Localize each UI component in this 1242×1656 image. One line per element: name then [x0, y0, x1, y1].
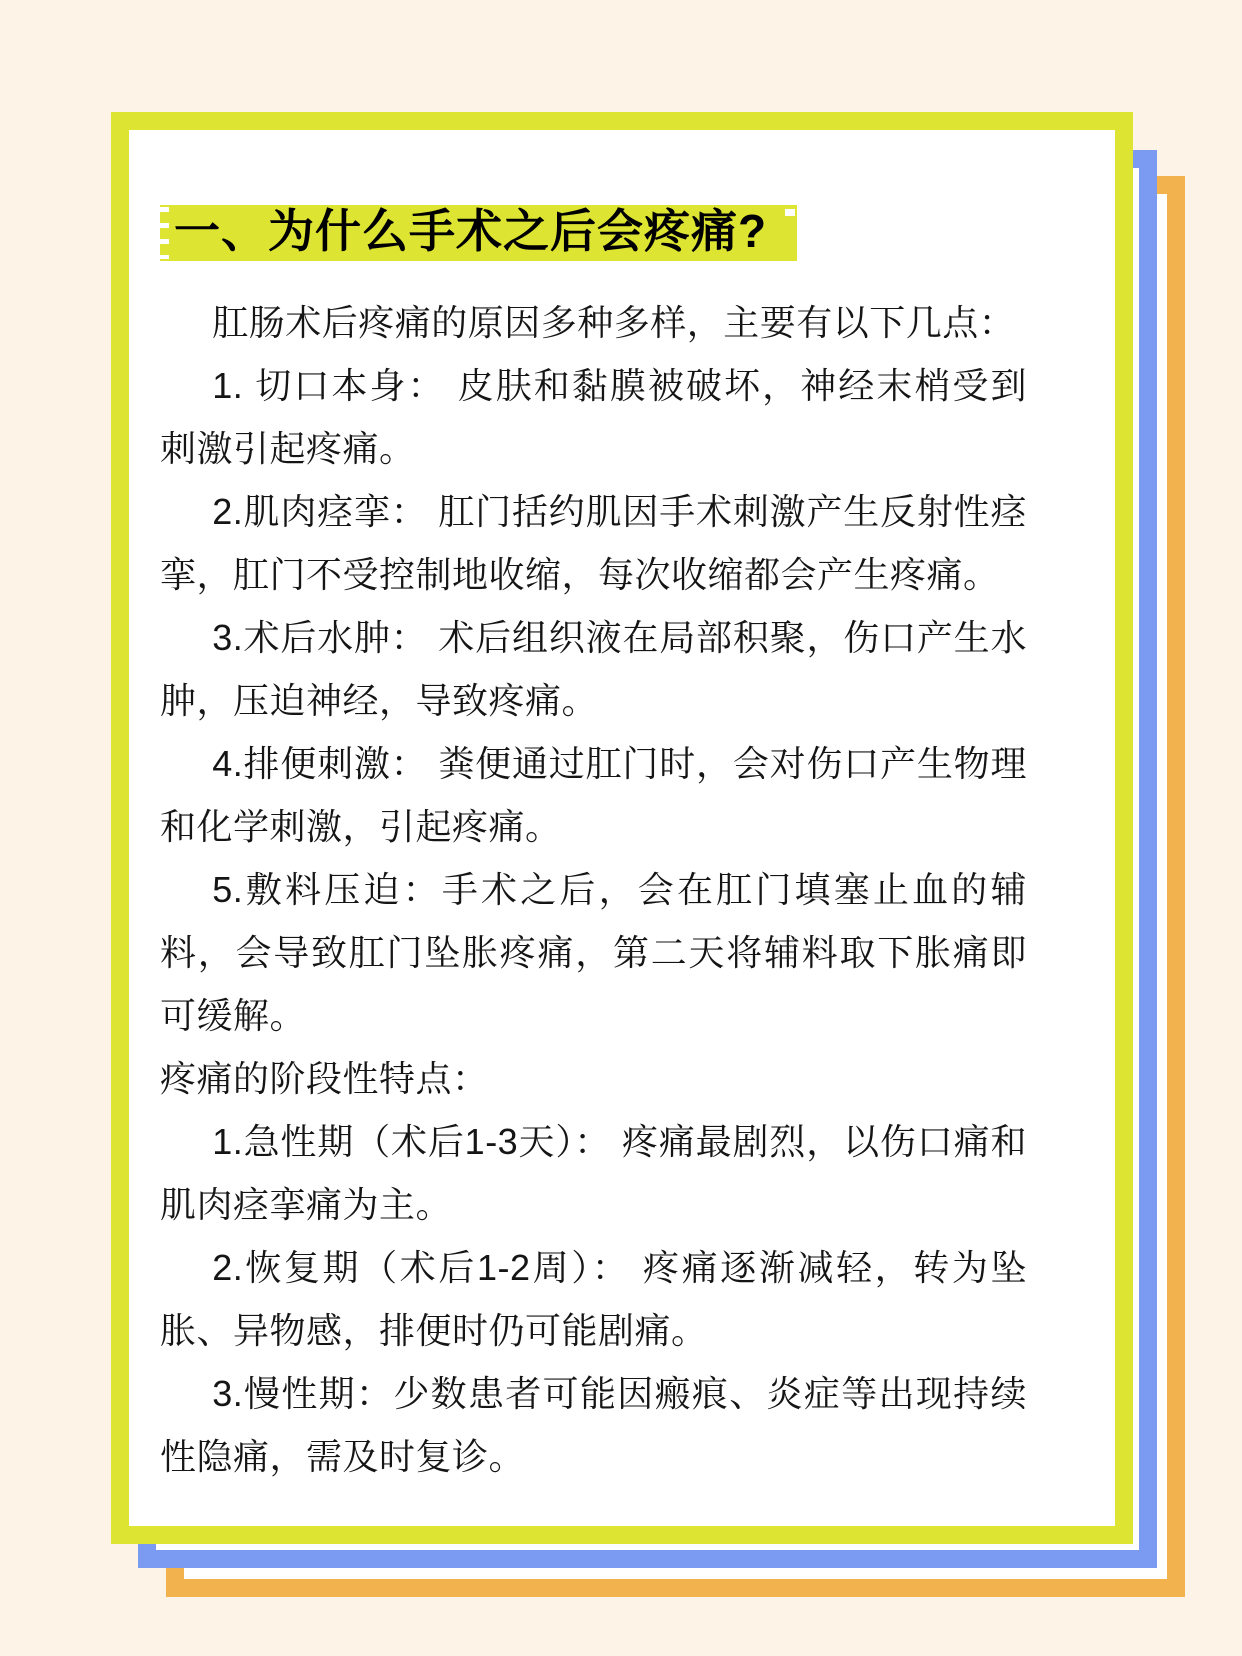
paragraph-stage-chronic: 3.慢性期：少数患者可能因瘢痕、炎症等出现持续性隐痛，需及时复诊。 [160, 1362, 1027, 1488]
title-highlight: 一、为什么手术之后会疼痛? [160, 205, 797, 261]
content-card: 一、为什么手术之后会疼痛? 肛肠术后疼痛的原因多种多样，主要有以下几点： 1. … [111, 112, 1133, 1544]
paragraph-cause-1: 1. 切口本身： 皮肤和黏膜被破坏，神经末梢受到刺激引起疼痛。 [160, 354, 1027, 480]
poster-page: { "colors": { "bg": "#FDF3E7", "accent-y… [0, 0, 1242, 1656]
paragraph-stage-recovery: 2.恢复期（术后1-2周）： 疼痛逐渐减轻，转为坠胀、异物感，排便时仍可能剧痛。 [160, 1236, 1027, 1362]
paragraph-cause-5: 5.敷料压迫：手术之后，会在肛门填塞止血的辅料，会导致肛门坠胀疼痛，第二天将辅料… [160, 858, 1027, 1047]
paragraph-cause-2: 2.肌肉痉挛： 肛门括约肌因手术刺激产生反射性痉挛，肛门不受控制地收缩，每次收缩… [160, 480, 1027, 606]
card-content: 一、为什么手术之后会疼痛? 肛肠术后疼痛的原因多种多样，主要有以下几点： 1. … [129, 130, 1115, 1526]
paragraph-stage-acute: 1.急性期（术后1-3天）： 疼痛最剧烈，以伤口痛和肌肉痉挛痛为主。 [160, 1110, 1027, 1236]
paragraph-stages-heading: 疼痛的阶段性特点： [160, 1047, 1027, 1110]
paragraph-cause-3: 3.术后水肿： 术后组织液在局部积聚，伤口产生水肿，压迫神经，导致疼痛。 [160, 606, 1027, 732]
paragraph-cause-4: 4.排便刺激： 粪便通过肛门时，会对伤口产生物理和化学刺激，引起疼痛。 [160, 732, 1027, 858]
body-text: 肛肠术后疼痛的原因多种多样，主要有以下几点： 1. 切口本身： 皮肤和黏膜被破坏… [160, 291, 1027, 1488]
paragraph-intro: 肛肠术后疼痛的原因多种多样，主要有以下几点： [160, 291, 1027, 354]
poster-background: 一、为什么手术之后会疼痛? 肛肠术后疼痛的原因多种多样，主要有以下几点： 1. … [0, 0, 1242, 1656]
section-title: 一、为什么手术之后会疼痛? [160, 205, 1027, 261]
